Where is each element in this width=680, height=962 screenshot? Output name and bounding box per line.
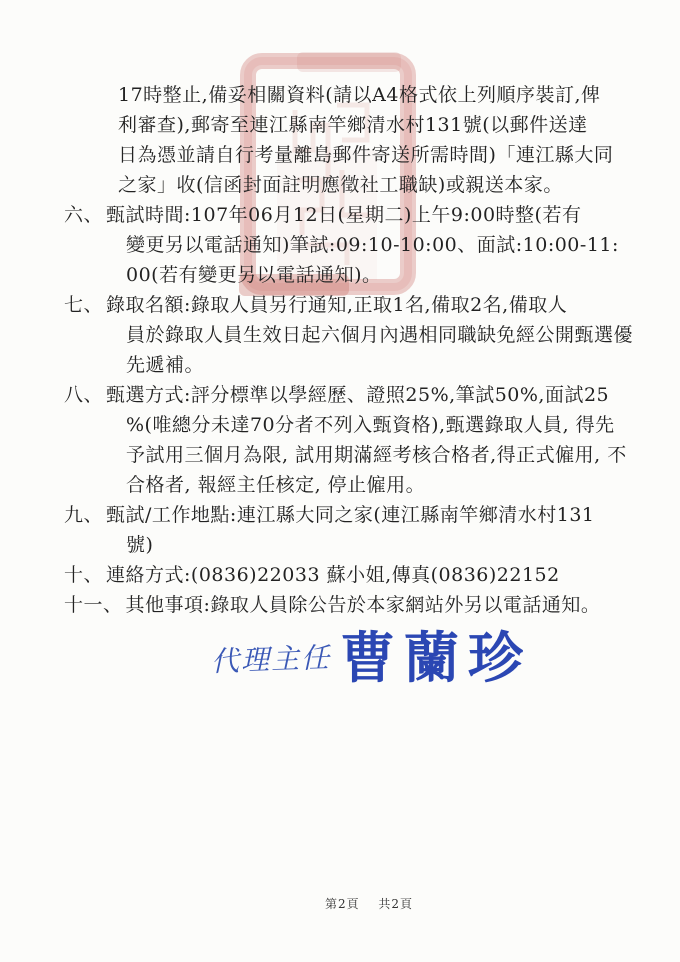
intro-line: 之家」收(信函封面註明應徵社工職缺)或親送本家。	[118, 170, 680, 200]
signature-block: 代理主任 曹蘭珍	[211, 630, 532, 685]
page-total: 共2頁	[378, 897, 413, 911]
list-item-10: 十、連絡方式:(0836)22033 蘇小姐,傳真(0836)22152	[64, 560, 680, 590]
item-text: 連絡方式:(0836)22033 蘇小姐,傳真(0836)22152	[106, 564, 560, 586]
item-text: 甄試時間:107年06月12日(星期二)上午9:00時整(若有	[106, 204, 581, 226]
document-body: 17時整止,備妥相關資料(請以A4格式依上列順序裝訂,俾 利審查),郵寄至連江縣…	[0, 80, 680, 620]
item-text: 甄選方式:評分標準以學經歷、證照25%,筆試50%,面試25	[106, 384, 609, 406]
intro-line: 17時整止,備妥相關資料(請以A4格式依上列順序裝訂,俾	[118, 80, 680, 110]
list-item-8: 八、甄選方式:評分標準以學經歷、證照25%,筆試50%,面試25	[64, 380, 680, 410]
item-text: 變更另以電話通知)筆試:09:10-10:00、面試:10:00-11:	[126, 230, 680, 260]
item-number: 六、	[64, 204, 103, 226]
item-number: 十、	[64, 564, 103, 586]
list-item-6: 六、甄試時間:107年06月12日(星期二)上午9:00時整(若有	[64, 200, 680, 230]
item-text: %(唯總分未達70分者不列入甄資格),甄選錄取人員, 得先	[126, 410, 680, 440]
list-item-9: 九、甄試/工作地點:連江縣大同之家(連江縣南竿鄉清水村131	[64, 500, 680, 530]
item-number: 十一、	[64, 594, 123, 616]
item-text: 合格者, 報經主任核定, 停止僱用。	[126, 470, 680, 500]
item-number: 七、	[64, 294, 103, 316]
item-text: 號)	[126, 530, 680, 560]
item-text: 予試用三個月為限, 試用期滿經考核合格者,得正式僱用, 不	[126, 440, 680, 470]
item-text: 00(若有變更另以電話通知)。	[126, 260, 680, 290]
intro-line: 日為憑並請自行考量離島郵件寄送所需時間)「連江縣大同	[118, 140, 680, 170]
item-text: 甄試/工作地點:連江縣大同之家(連江縣南竿鄉清水村131	[106, 504, 594, 526]
page-number: 第2頁	[325, 897, 360, 911]
item-text: 其他事項:錄取人員除公告於本家網站外另以電話通知。	[126, 594, 601, 616]
signature-title: 代理主任	[210, 635, 331, 679]
item-number: 八、	[64, 384, 103, 406]
page-footer: 第2頁 共2頁	[0, 895, 680, 912]
item-text: 員於錄取人員生效日起六個月內遇相同職缺免經公開甄選優	[126, 320, 680, 350]
item-text: 錄取名額:錄取人員另行通知,正取1名,備取2名,備取人	[106, 294, 567, 316]
item-number: 九、	[64, 504, 103, 526]
intro-line: 利審查),郵寄至連江縣南竿鄉清水村131號(以郵件送達	[118, 110, 680, 140]
item-text: 先遞補。	[126, 350, 680, 380]
scanned-document-page: 17時整止,備妥相關資料(請以A4格式依上列順序裝訂,俾 利審查),郵寄至連江縣…	[0, 0, 680, 962]
list-item-7: 七、錄取名額:錄取人員另行通知,正取1名,備取2名,備取人	[64, 290, 680, 320]
list-item-11: 十一、其他事項:錄取人員除公告於本家網站外另以電話通知。	[64, 590, 680, 620]
signature-name: 曹蘭珍	[340, 630, 532, 685]
